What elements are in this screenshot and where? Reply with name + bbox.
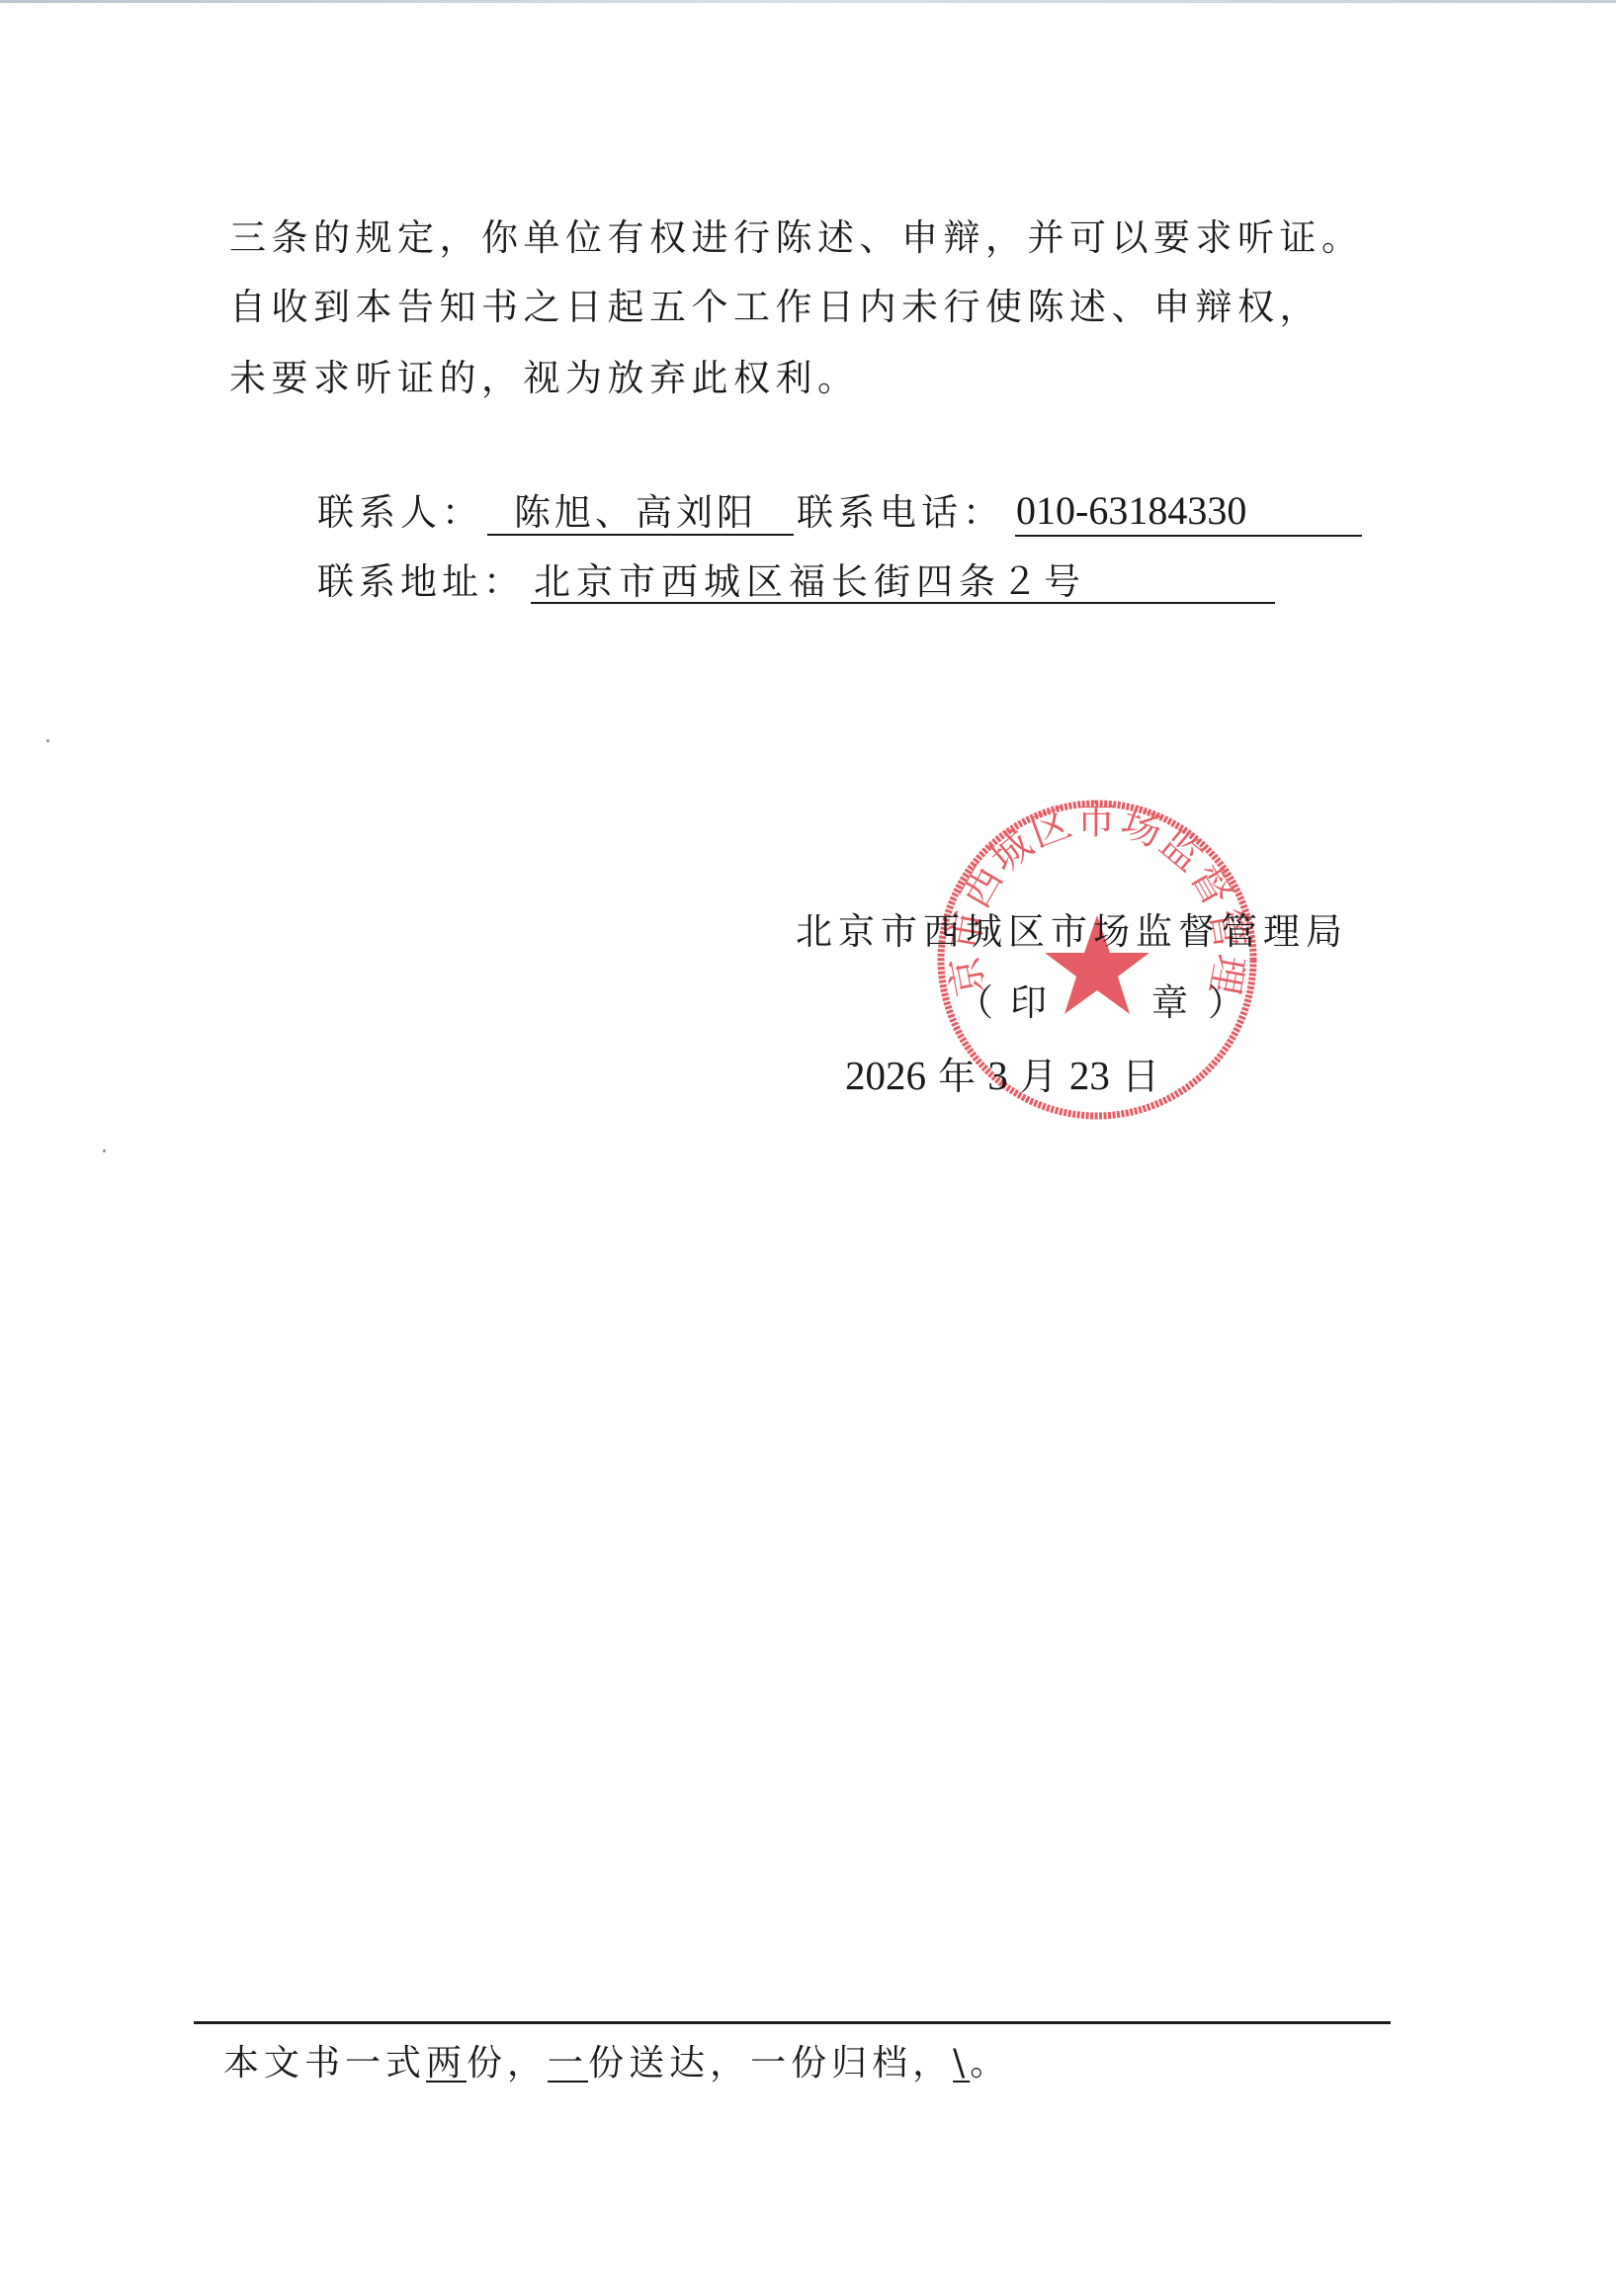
contact-phone-value: 010-63184330 [1016, 491, 1246, 531]
contact-address-label: 联系地址： [317, 563, 525, 600]
footer-copies-note: 本文书一式两份，一份送达，一份归档，\。 [223, 2046, 1010, 2082]
date-month-unit: 月 [1020, 1055, 1058, 1098]
footer-blank-field: \ [953, 2043, 970, 2083]
contact-address-underline [531, 602, 1275, 604]
seal-note-open-paren: （ [957, 984, 993, 1021]
issue-date: 2026 年 3 月 23 日 [845, 1056, 1159, 1096]
contact-phone-underline [1015, 535, 1362, 537]
footer-copies-count: 两 [426, 2043, 467, 2083]
body-paragraph-line-3: 未要求听证的，视为放弃此权利。 [229, 360, 860, 396]
date-year: 2026 [845, 1053, 926, 1098]
scan-top-edge [0, 0, 1616, 3]
body-paragraph-line-2: 自收到本告知书之日起五个工作日内未行使陈述、申辩权， [229, 289, 1321, 325]
footer-suffix: 。 [970, 2043, 1010, 2083]
scan-speck [103, 1149, 106, 1152]
footer-served-count: 一 [548, 2043, 588, 2083]
footer-divider [194, 2021, 1391, 2024]
contact-phone-label: 联系电话： [797, 494, 1004, 531]
footer-mid1: 份， [467, 2043, 548, 2083]
contact-person-label: 联系人： [317, 494, 483, 531]
contact-person-underline [487, 534, 794, 536]
footer-mid2: 份送达，一份归档， [588, 2043, 953, 2083]
date-year-unit: 年 [938, 1055, 976, 1098]
date-day: 23 [1069, 1053, 1110, 1098]
footer-prefix: 本文书一式 [223, 2043, 426, 2083]
seal-note-char-yin: 印 [1010, 984, 1047, 1021]
contact-address-value: 北京市西城区福长街四条２号 [534, 563, 1086, 600]
seal-note-close-paren: ） [1208, 984, 1244, 1021]
seal-note-char-zhang: 章 [1151, 984, 1188, 1021]
svg-text:北京市西城区市场监督管理局: 北京市西城区市场监督管理局 [934, 797, 1252, 1000]
issuing-organization: 北京市西城区市场监督管理局 [796, 913, 1348, 950]
seal-ring-text: 北京市西城区市场监督管理局 [934, 797, 1252, 1000]
date-day-unit: 日 [1122, 1055, 1159, 1098]
date-month: 3 [987, 1053, 1008, 1098]
body-paragraph-line-1: 三条的规定，你单位有权进行陈述、申辩，并可以要求听证。 [229, 219, 1364, 256]
contact-person-value: 陈旭、高刘阳 [514, 494, 757, 531]
scan-speck [46, 739, 49, 742]
